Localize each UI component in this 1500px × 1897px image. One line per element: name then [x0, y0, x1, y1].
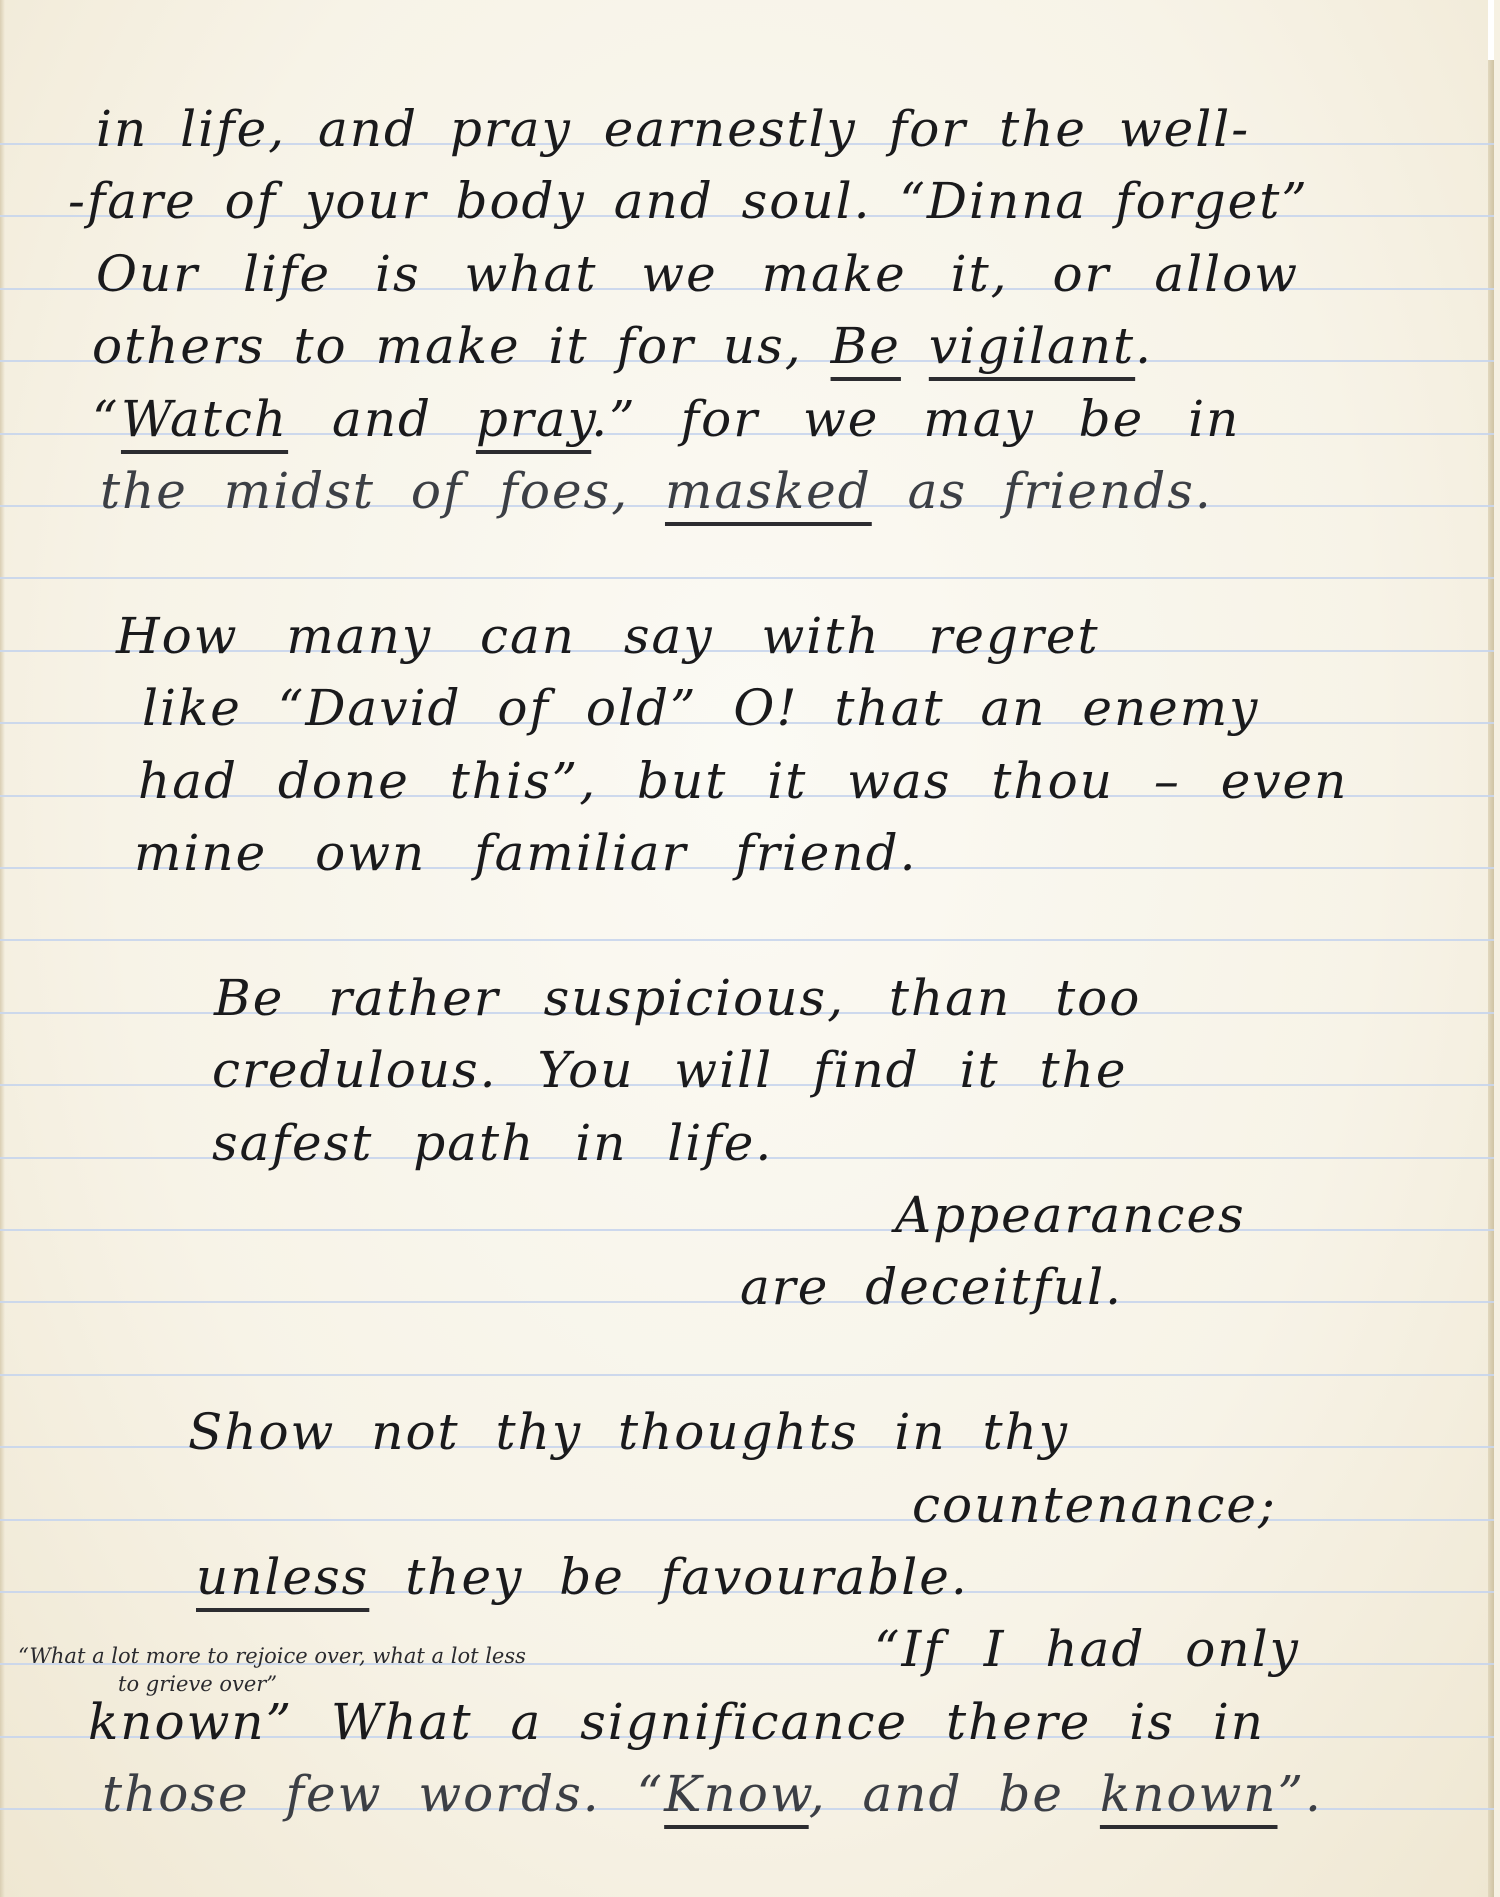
- text-line: like “David of old” O! that an enemy: [142, 683, 1259, 733]
- text-line: known” What a significance there is in: [88, 1697, 1265, 1747]
- ruled-line: [0, 577, 1494, 579]
- text-line: Be rather suspicious, than too: [214, 973, 1141, 1023]
- underlined-word: masked: [665, 462, 872, 520]
- text-line: countenance;: [912, 1480, 1277, 1530]
- text-run: others to make it for us,: [92, 317, 831, 375]
- text-run: those few words. “: [102, 1765, 664, 1823]
- underlined-word: Know: [664, 1765, 809, 1823]
- page-corner: [1488, 0, 1494, 60]
- underlined-word: pray: [476, 390, 591, 448]
- margin-note: “What a lot more to rejoice over, what a…: [18, 1646, 526, 1667]
- text-run: [901, 317, 929, 375]
- underlined-word: Be: [831, 317, 901, 375]
- text-line: had done this”, but it was thou – even: [138, 756, 1348, 806]
- text-line: How many can say with regret: [116, 611, 1100, 661]
- text-line: -fare of your body and soul. “Dinna forg…: [68, 176, 1309, 226]
- text-run: .” for we may be in: [591, 390, 1240, 448]
- text-line: are deceitful.: [740, 1262, 1123, 1312]
- underlined-word: Watch: [121, 390, 288, 448]
- ruled-line: [0, 1374, 1494, 1376]
- text-run: they be favourable.: [369, 1548, 968, 1606]
- ruled-line: [0, 939, 1494, 941]
- text-line: “If I had only: [874, 1624, 1300, 1674]
- text-run: , and be: [809, 1765, 1100, 1823]
- page-left-edge: [0, 0, 5, 1897]
- text-line: credulous. You will find it the: [212, 1045, 1127, 1095]
- page-right-edge: [1488, 60, 1494, 1897]
- text-line: Our life is what we make it, or allow: [96, 249, 1299, 299]
- notebook-page: in life, and pray earnestly for the well…: [0, 0, 1494, 1897]
- text-line: in life, and pray earnestly for the well…: [96, 104, 1250, 154]
- text-run: .: [1135, 317, 1153, 375]
- underlined-word: unless: [196, 1548, 369, 1606]
- underlined-word: known: [1100, 1765, 1278, 1823]
- text-line: unless they be favourable.: [196, 1552, 969, 1602]
- text-line: Show not thy thoughts in thy: [188, 1407, 1069, 1457]
- text-line: the midst of foes, masked as friends.: [100, 466, 1213, 516]
- text-line: others to make it for us, Be vigilant.: [92, 321, 1153, 371]
- text-line: “Watch and pray.” for we may be in: [92, 394, 1240, 444]
- text-line: safest path in life.: [212, 1118, 773, 1168]
- text-run: the midst of foes,: [100, 462, 665, 520]
- text-run: as friends.: [872, 462, 1213, 520]
- ruled-line: [0, 1229, 1494, 1231]
- underlined-word: vigilant: [929, 317, 1135, 375]
- text-line: Appearances: [895, 1190, 1246, 1240]
- text-line: those few words. “Know, and be known”.: [102, 1769, 1323, 1819]
- text-run: “: [92, 390, 121, 448]
- text-run: and: [288, 390, 476, 448]
- text-run: ”.: [1278, 1765, 1323, 1823]
- text-line: mine own familiar friend.: [134, 828, 917, 878]
